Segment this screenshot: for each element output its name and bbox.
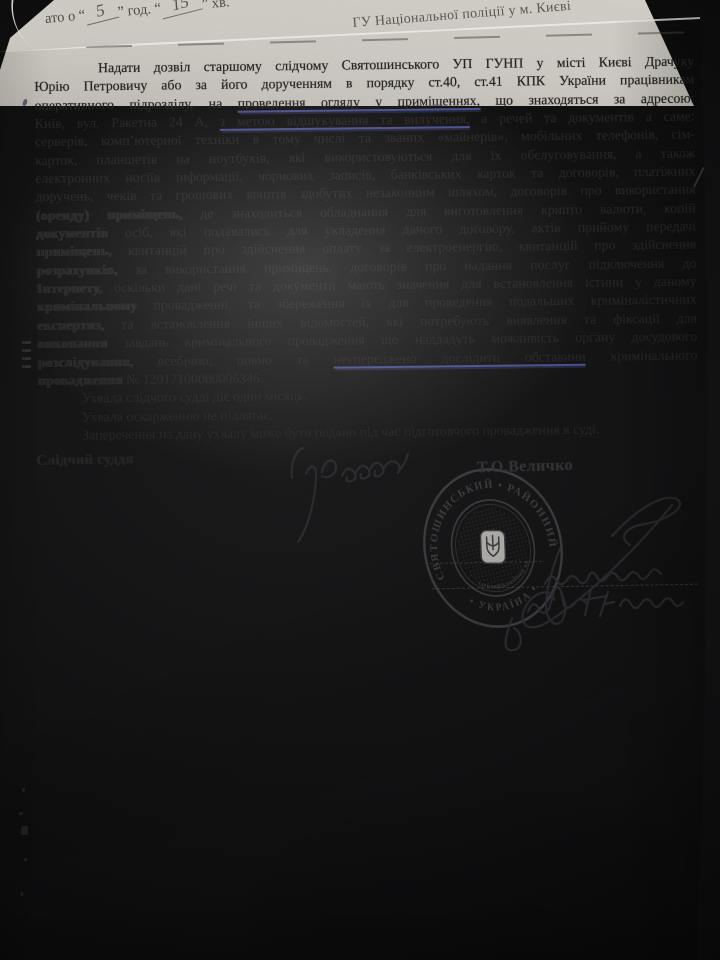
signature-label: Слідчий суддя (36, 451, 134, 470)
ink-speck (21, 826, 28, 835)
judge-signature (265, 430, 415, 545)
document-body: Надати дозвіл старшому слідчому Святошин… (34, 53, 698, 446)
ink-speck (24, 858, 27, 861)
smudged-text: експертиз, (37, 317, 104, 333)
smudged-text: виконання (37, 335, 107, 351)
text-run: а речей та документів а саме: (469, 109, 694, 127)
smudged-text: розрахунків, (36, 262, 117, 278)
smudged-text: документів (36, 225, 108, 241)
clerk-handwriting (420, 455, 710, 660)
smudged-text: розслідування, (37, 353, 133, 369)
text-run: Київ, вул. Ракетна 24 А, (35, 114, 220, 131)
smudged-text: провадження (38, 372, 123, 388)
pen-comma-mark (22, 99, 28, 107)
smudged-text: кримінальному (37, 298, 137, 314)
text-run: всебічно, повно та (133, 351, 334, 368)
ink-speck (21, 892, 23, 896)
photo-frame: ато о “5” год. “15” хв. ГУ Національної … (0, 0, 720, 960)
smudged-text: Інтернету, (37, 280, 103, 296)
text-run: оперативного підрозділу, на (34, 95, 237, 112)
time-blank-line: ато о “5” год. “15” хв. (44, 0, 375, 29)
margin-ink-smudge (22, 338, 31, 368)
time-mid: ” год. “ (117, 0, 162, 20)
ink-speck (19, 812, 23, 815)
document-page: Надати дозвіл старшому слідчому Святошин… (0, 0, 720, 960)
text-run: що знаходяться за адресою: (480, 90, 695, 107)
smudged-text: (оренду) приміщень, (36, 206, 183, 223)
text-run: кримінального (586, 347, 698, 363)
handwritten-minute: 15 (158, 0, 203, 19)
smudged-text: приміщень, (36, 244, 111, 260)
time-suffix: ” хв. (201, 0, 230, 13)
pen-underlined-text: неупереджено дослідити обставини (333, 348, 586, 368)
ink-speck (22, 788, 25, 792)
handwritten-hour: 5 (83, 0, 120, 26)
text-run: № 12017100080006346. (123, 370, 264, 387)
